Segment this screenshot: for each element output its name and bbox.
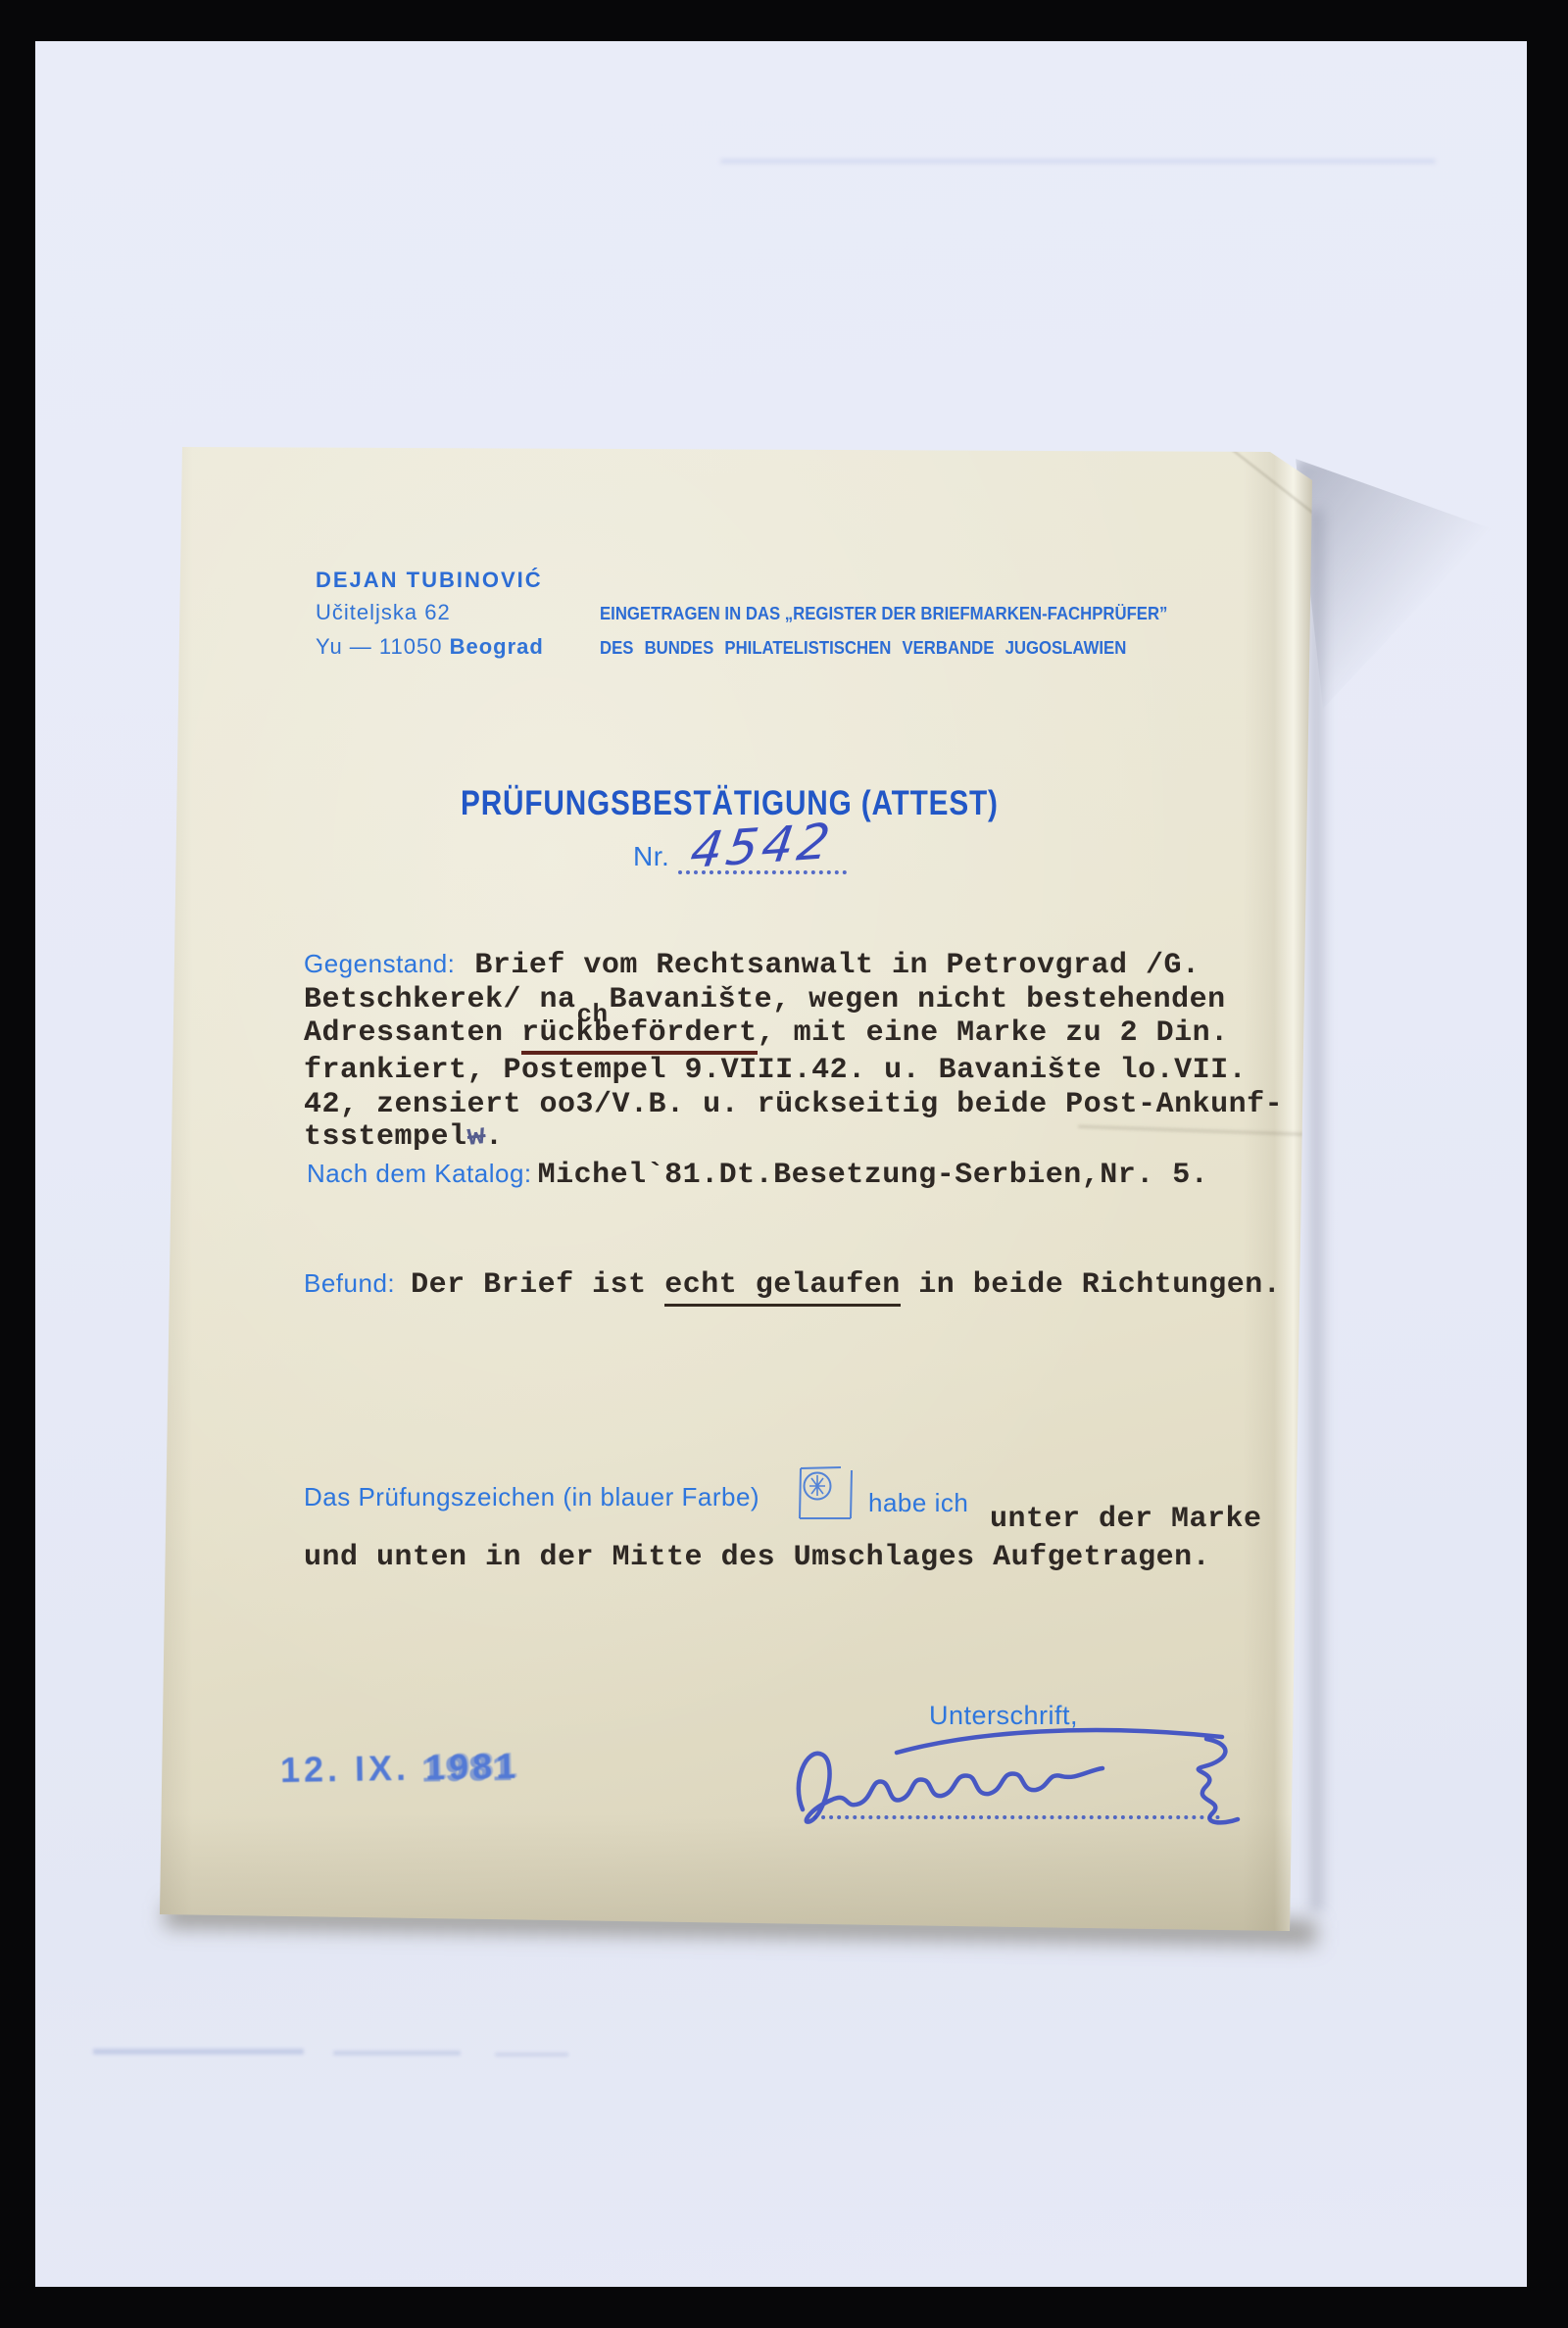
befund-line: Befund:Der Brief ist echt gelaufen in be… bbox=[304, 1268, 1281, 1302]
photo-of-certificate: DEJAN TUBINOVIĆ Učiteljska 62 Yu — 11050… bbox=[0, 0, 1568, 2328]
katalog-value: Michel`81.Dt.Besetzung-Serbien,Nr. 5. bbox=[538, 1159, 1209, 1192]
katalog-line: Nach dem Katalog:Michel`81.Dt.Besetzung-… bbox=[307, 1159, 1208, 1192]
gegenstand-label: Gegenstand: bbox=[304, 949, 455, 978]
gegenstand-line5: 42, zensiert oo3/V.B. u. rückseitig beid… bbox=[304, 1088, 1283, 1121]
faint-pencil-marks bbox=[495, 2053, 568, 2056]
date-stamp: 12. IX.1981 bbox=[280, 1746, 520, 1791]
faint-pencil-marks bbox=[93, 2049, 304, 2055]
certificate-title: PRÜFUNGSBESTÄTIGUNG (ATTEST) bbox=[461, 784, 999, 823]
katalog-label: Nach dem Katalog: bbox=[307, 1159, 532, 1188]
letterhead-street: Učiteljska 62 bbox=[316, 600, 451, 625]
faint-ink-streak bbox=[720, 159, 1436, 164]
faint-pencil-marks bbox=[333, 2051, 461, 2056]
expert-mark-stamp-icon bbox=[798, 1464, 855, 1521]
date-stamp-year: 1981 bbox=[425, 1746, 520, 1788]
handwritten-certificate-number: 4542 bbox=[687, 813, 837, 879]
gegenstand-line1: Gegenstand:Brief vom Rechtsanwalt in Pet… bbox=[304, 949, 1200, 982]
gegenstand-line4: frankiert, Postempel 9.VIII.42. u. Bavan… bbox=[304, 1054, 1247, 1087]
befund-label: Befund: bbox=[304, 1268, 395, 1298]
pruefzeichen-text-blue-b: habe ich bbox=[868, 1488, 968, 1518]
letterhead-name: DEJAN TUBINOVIĆ bbox=[316, 568, 543, 593]
letterhead-register-line1: EINGETRAGEN IN DAS „REGISTER DER BRIEFMA… bbox=[600, 604, 1167, 624]
paper-right-shadow bbox=[1309, 510, 1324, 1911]
pruefzeichen-text-blue-a: Das Prüfungszeichen (in blauer Farbe) bbox=[304, 1482, 759, 1512]
letterhead-city-bold: Beograd bbox=[450, 634, 544, 659]
underlined-rueckbefoerdert: rückbefördert bbox=[521, 1016, 758, 1055]
letterhead-register-line2: DES BUNDES PHILATELISTISCHEN VERBANDE JU… bbox=[600, 638, 1126, 659]
pruefzeichen-typed-2: und unten in der Mitte des Umschlages Au… bbox=[304, 1541, 1210, 1574]
gegenstand-line6: tsstempelw. bbox=[304, 1120, 504, 1154]
certificate-nr-label: Nr. bbox=[633, 841, 669, 872]
signature-scribble bbox=[779, 1711, 1259, 1849]
struck-out-character: w bbox=[465, 1119, 487, 1155]
gegenstand-line2: Betschkerek/ nachBavanište, wegen nicht … bbox=[304, 983, 1226, 1016]
underlined-echt-gelaufen: echt gelaufen bbox=[664, 1268, 901, 1307]
pruefzeichen-typed-1: unter der Marke bbox=[990, 1503, 1262, 1536]
letterhead-city: Yu — 11050 Beograd bbox=[316, 634, 544, 660]
gegenstand-line3: Adressanten rückbefördert, mit eine Mark… bbox=[304, 1016, 1229, 1050]
